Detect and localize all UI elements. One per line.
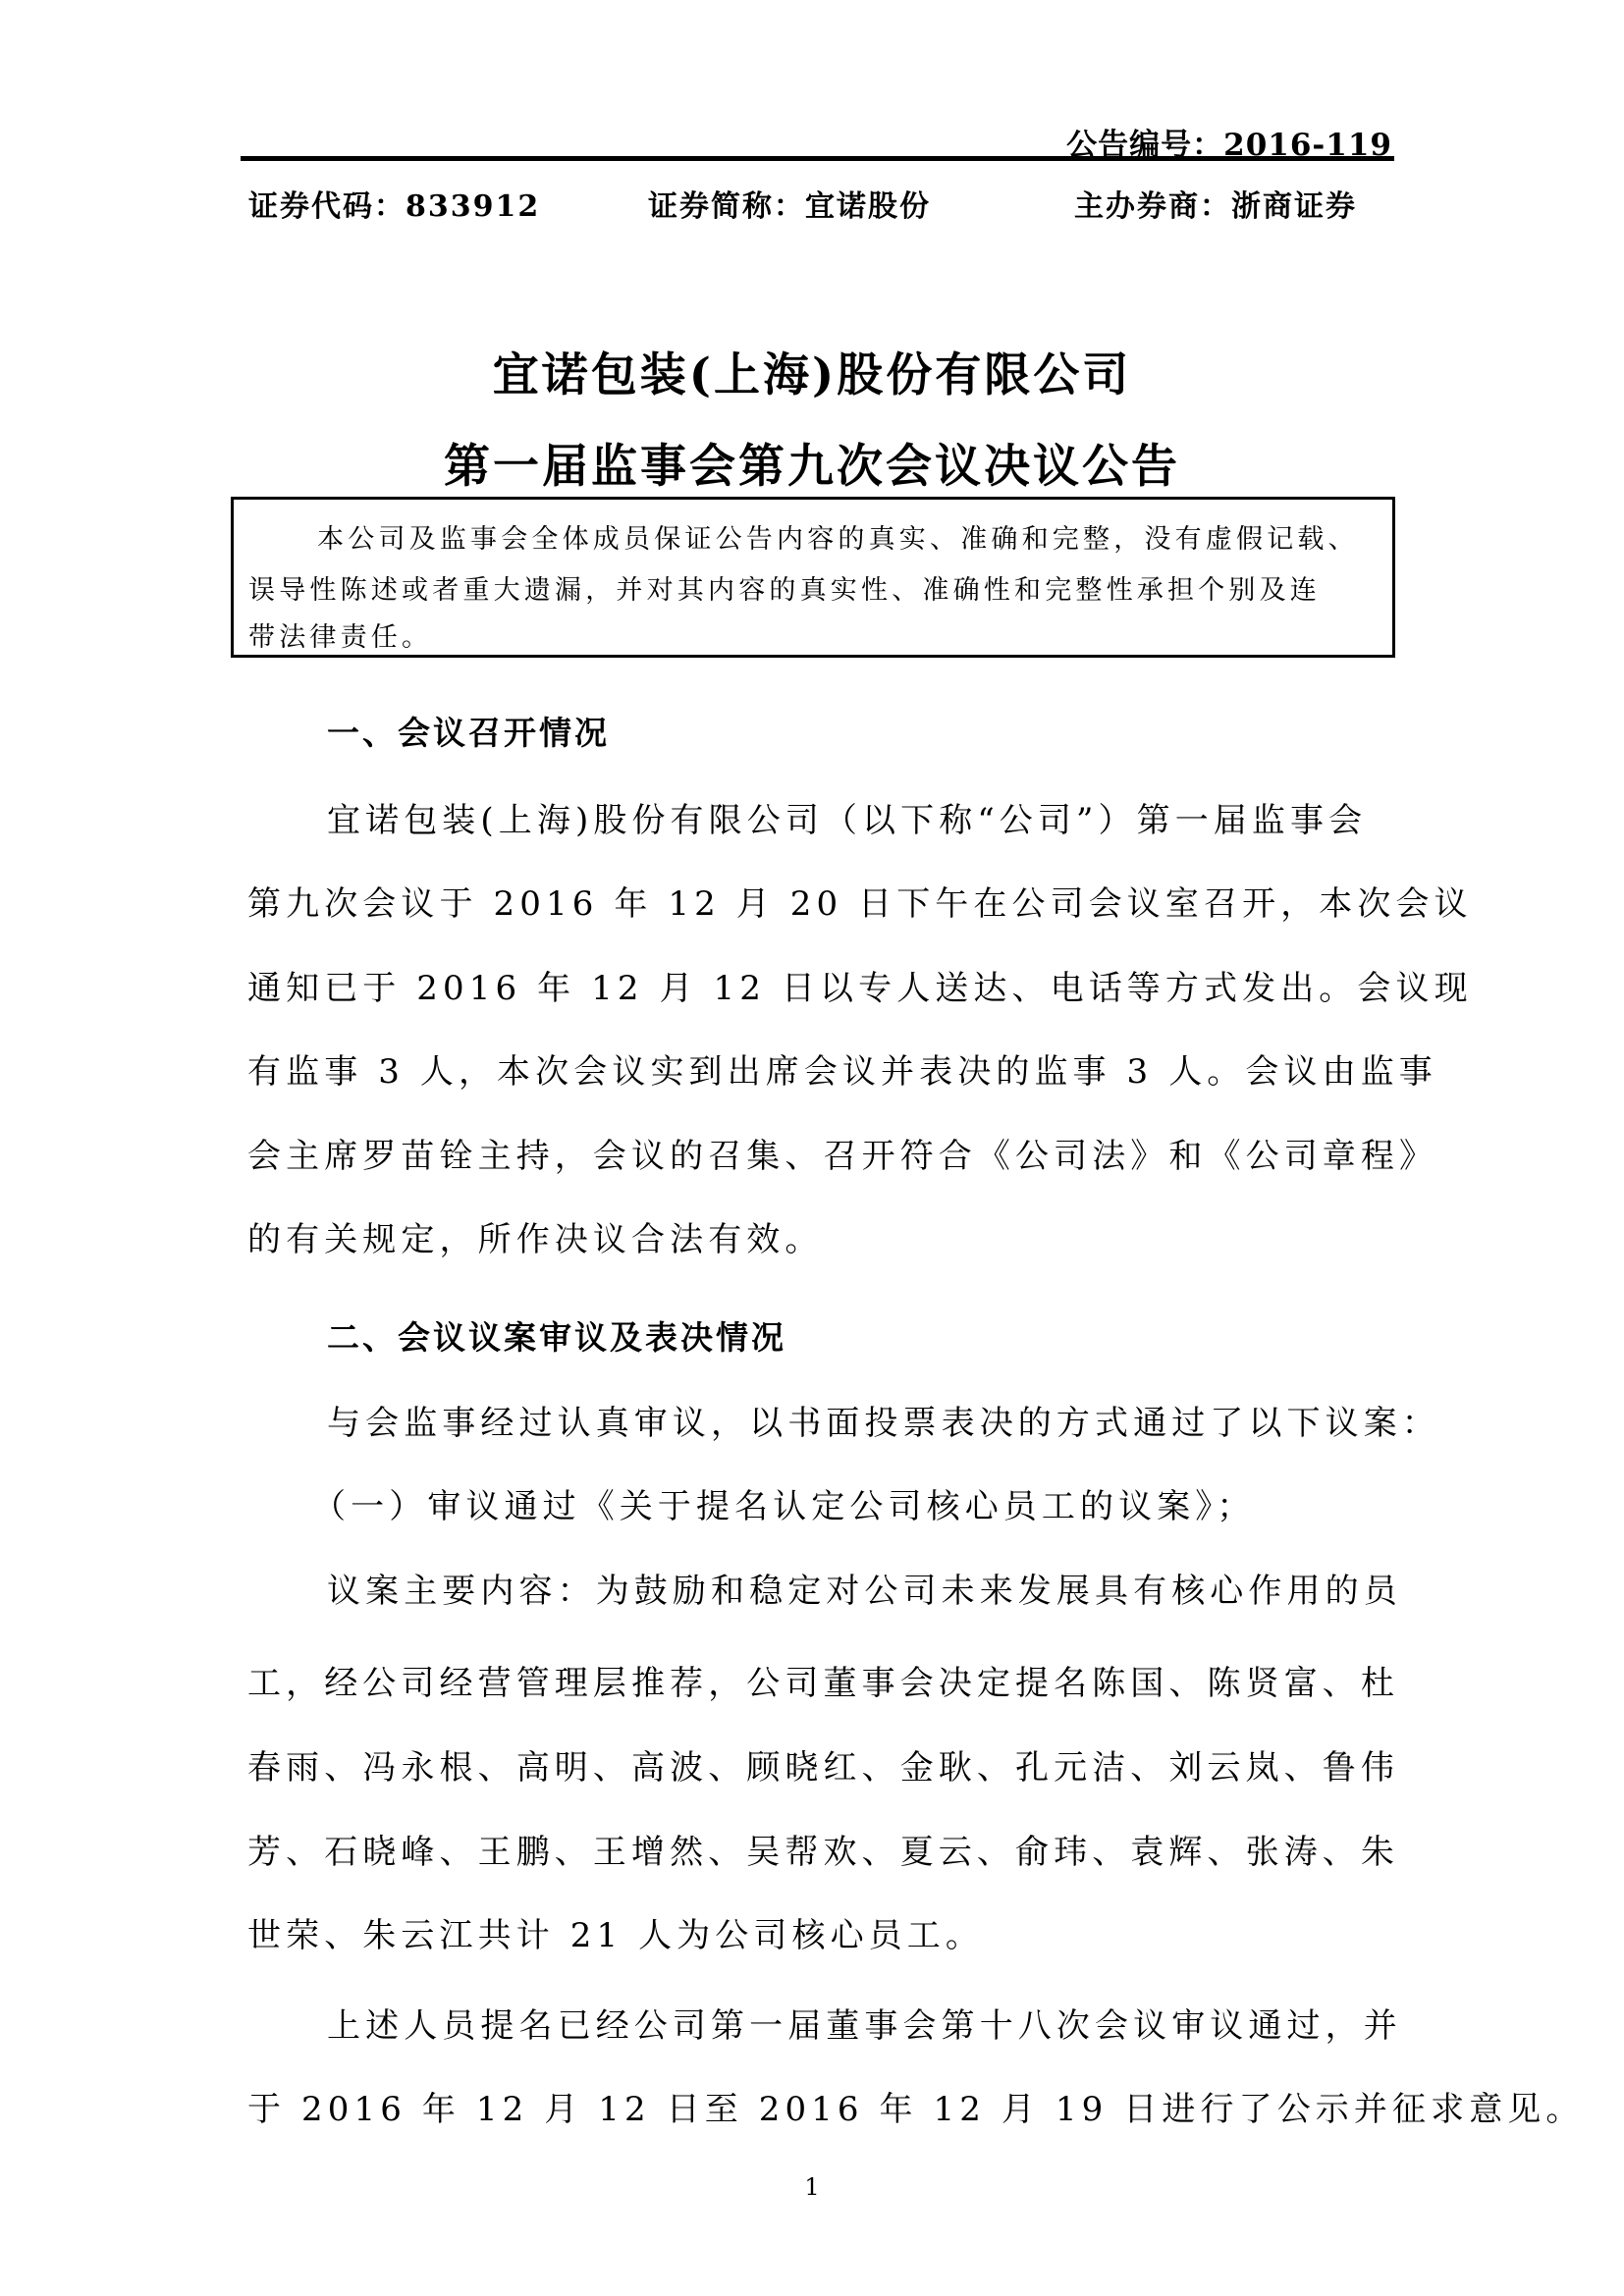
section-heading-meeting-convening: 一、会议召开情况	[327, 708, 610, 754]
paragraph-line: 的有关规定，所作决议合法有效。	[247, 1212, 824, 1260]
header-rule	[241, 156, 1394, 161]
paragraph-line: 春雨、冯永根、高明、高波、顾晓红、金耿、孔元洁、刘云岚、鲁伟	[247, 1740, 1399, 1789]
page-number: 1	[0, 2173, 1624, 2201]
proposal-item-title: （一）审议通过《关于提名认定公司核心员工的议案》；	[312, 1479, 1256, 1527]
paragraph-line: 有监事 3 人，本次会议实到出席会议并表决的监事 3 人。会议由监事	[247, 1044, 1437, 1093]
paragraph-line: 第九次会议于 2016 年 12 月 20 日下午在公司会议室召开，本次会议	[247, 877, 1473, 925]
disclaimer-line: 误导性陈述或者重大遗漏，并对其内容的真实性、准确性和完整性承担个别及连	[248, 568, 1321, 607]
disclaimer-line: 本公司及监事会全体成员保证公告内容的真实、准确和完整，没有虚假记载、	[317, 517, 1359, 556]
paragraph-line: 芳、石晓峰、王鹏、王增然、吴帮欢、夏云、俞玮、袁辉、张涛、朱	[247, 1825, 1399, 1873]
paragraph-line: 上述人员提名已经公司第一届董事会第十八次会议审议通过，并	[327, 1999, 1402, 2047]
disclaimer-line: 带法律责任。	[248, 615, 432, 654]
paragraph-line: 世荣、朱云江共计 21 人为公司核心员工。	[247, 1908, 984, 1956]
paragraph-line: 与会监事经过认真审议，以书面投票表决的方式通过了以下议案：	[327, 1396, 1440, 1444]
paragraph-line: 宜诺包装(上海)股份有限公司（以下称“公司”）第一届监事会	[327, 793, 1367, 841]
document-title-announcement: 第一届监事会第九次会议决议公告	[0, 430, 1624, 496]
paragraph-line: 议案主要内容：为鼓励和稳定对公司未来发展具有核心作用的员	[327, 1564, 1402, 1612]
securities-code: 证券代码：833912	[248, 182, 540, 225]
disclaimer-box: 本公司及监事会全体成员保证公告内容的真实、准确和完整，没有虚假记载、 误导性陈述…	[231, 497, 1395, 658]
paragraph-line: 通知已于 2016 年 12 月 12 日以专人送达、电话等方式发出。会议现	[247, 961, 1473, 1009]
section-heading-proposals: 二、会议议案审议及表决情况	[327, 1312, 786, 1359]
sponsor-broker: 主办券商：浙商证券	[1074, 182, 1357, 225]
paragraph-line: 工，经公司经营管理层推荐，公司董事会决定提名陈国、陈贤富、杜	[247, 1656, 1399, 1704]
securities-abbreviation: 证券简称：宜诺股份	[648, 182, 931, 225]
document-title-company: 宜诺包装(上海)股份有限公司	[0, 339, 1624, 404]
paragraph-line: 会主席罗苗铨主持，会议的召集、召开符合《公司法》和《公司章程》	[247, 1129, 1437, 1177]
paragraph-line: 于 2016 年 12 月 12 日至 2016 年 12 月 19 日进行了公…	[247, 2082, 1585, 2130]
